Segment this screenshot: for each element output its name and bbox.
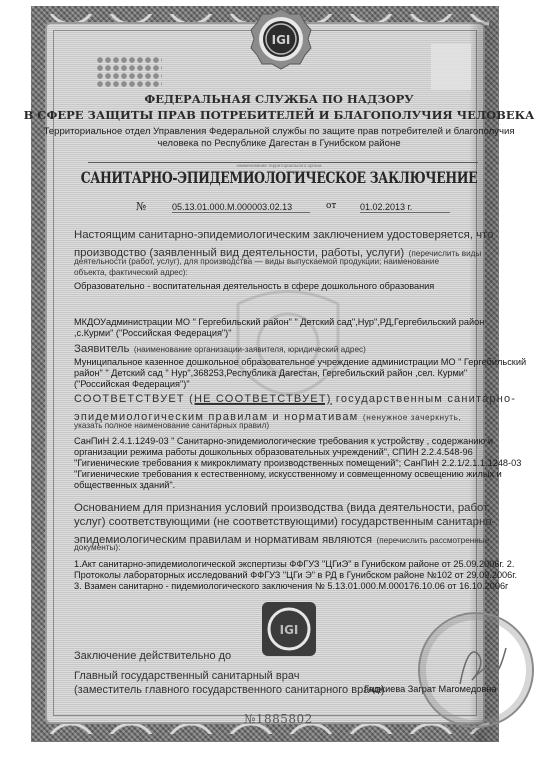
rospotrebnadzor-hologram-icon: IGI xyxy=(262,602,316,656)
regulations-line3: "Гигиенические требования к микроклимату… xyxy=(74,458,521,468)
territorial-office-line1: Территориальное отдел Управления Федерал… xyxy=(0,126,558,137)
agency-name-line1: ФЕДЕРАЛЬНАЯ СЛУЖБА ПО НАДЗОРУ xyxy=(0,92,558,106)
intro-line3: деятельности (работ, услуг), для произво… xyxy=(74,257,439,266)
compliance-line1: СООТВЕТСТВУЕТ (НЕ СООТВЕТСТВУЕТ) государ… xyxy=(74,393,516,405)
applicant-row: Заявитель (наименование организации-заяв… xyxy=(74,339,366,357)
basis-line3-note: (перечислить рассмотренные xyxy=(376,536,489,545)
document-date: 01.02.2013 г. xyxy=(360,202,450,213)
regulations-line5: общественных зданий". xyxy=(74,480,175,490)
basis-line3: эпидемиологическим правилам и нормативам… xyxy=(74,530,489,548)
documents-line2: Протоколы лабораторных исследований ФФГУ… xyxy=(74,570,517,580)
date-label: от xyxy=(326,201,336,211)
applicant-line2: район" " Детский сад " Нур",368253,Респу… xyxy=(74,368,467,378)
signature-icon xyxy=(420,614,532,726)
regulations-line4: "Гигиенические требования к естественном… xyxy=(74,469,502,479)
number-label: № xyxy=(136,200,146,213)
signer-name: Гаджиева Заграт Магомедовна xyxy=(364,684,496,694)
basis-line2: услуг) соответствующими (не соответствую… xyxy=(74,516,495,528)
compliance-rest: государственным санитарно- xyxy=(336,393,516,405)
validity-label: Заключение действительно до xyxy=(74,650,231,662)
signer-title-line1: Главный государственный санитарный врач xyxy=(74,670,299,682)
rospotrebnadzor-emblem-icon: IGI xyxy=(250,8,312,70)
hologram-sticker: IGI xyxy=(262,602,316,656)
form-serial-number: №1885802 xyxy=(244,712,313,726)
basis-line4: документы): xyxy=(74,543,120,552)
object-line1: МКДОУадминистрации МО " Гергебильский ра… xyxy=(74,317,484,327)
applicant-note: (наименование организации-заявителя, юри… xyxy=(134,345,366,354)
compliance-line2-note: (ненужное зачеркнуть, xyxy=(363,413,461,422)
applicant-label: Заявитель xyxy=(74,343,129,355)
svg-text:IGI: IGI xyxy=(280,623,299,637)
guilloche-pattern xyxy=(96,56,162,88)
applicant-line3: ("Российская Федерация")" xyxy=(74,379,190,389)
regulations-line1: СанПиН 2.4.1.1249-03 " Санитарно-эпидеми… xyxy=(74,436,493,446)
documents-line1: 1.Акт санитарно-эпидемиологической экспе… xyxy=(74,559,514,569)
applicant-line1: Муниципальное казенное дошкольное образо… xyxy=(74,357,526,367)
compliance-complies: СООТВЕТСТВУЕТ xyxy=(74,393,185,405)
hologram-patch xyxy=(431,44,471,90)
regulations-line2: организации режима работы дошкольных обр… xyxy=(74,447,473,457)
document-number: 05.13.01.000.М.000003.02.13 xyxy=(172,202,310,213)
document-title: САНИТАРНО-ЭПИДЕМИОЛОГИЧЕСКОЕ ЗАКЛЮЧЕНИЕ xyxy=(61,168,496,187)
intro-line4: объекта, фактический адрес): xyxy=(74,268,188,277)
basis-line1: Основанием для признания условий произво… xyxy=(74,502,490,514)
agency-name-line2: В СФЕРЕ ЗАЩИТЫ ПРАВ ПОТРЕБИТЕЛЕЙ И БЛАГО… xyxy=(0,108,558,122)
intro-line1: Настоящим санитарно-эпидемиологическим з… xyxy=(74,229,493,241)
compliance-line3: указать полное наименование санитарных п… xyxy=(74,421,269,430)
signer-title-line2: (заместитель главного государственного с… xyxy=(74,684,385,696)
object-line2: ,с.Курми" ("Российская Федерация")" xyxy=(74,328,232,338)
svg-text:IGI: IGI xyxy=(272,33,291,47)
documents-line3: 3. Взамен санитарно - пидемиологического… xyxy=(74,581,508,591)
official-seal xyxy=(418,612,534,728)
territorial-office-line2: человека по Республике Дагестан в Гунибс… xyxy=(0,138,558,149)
compliance-not-complies-struck: (НЕ СООТВЕТСТВУЕТ) xyxy=(189,393,332,405)
